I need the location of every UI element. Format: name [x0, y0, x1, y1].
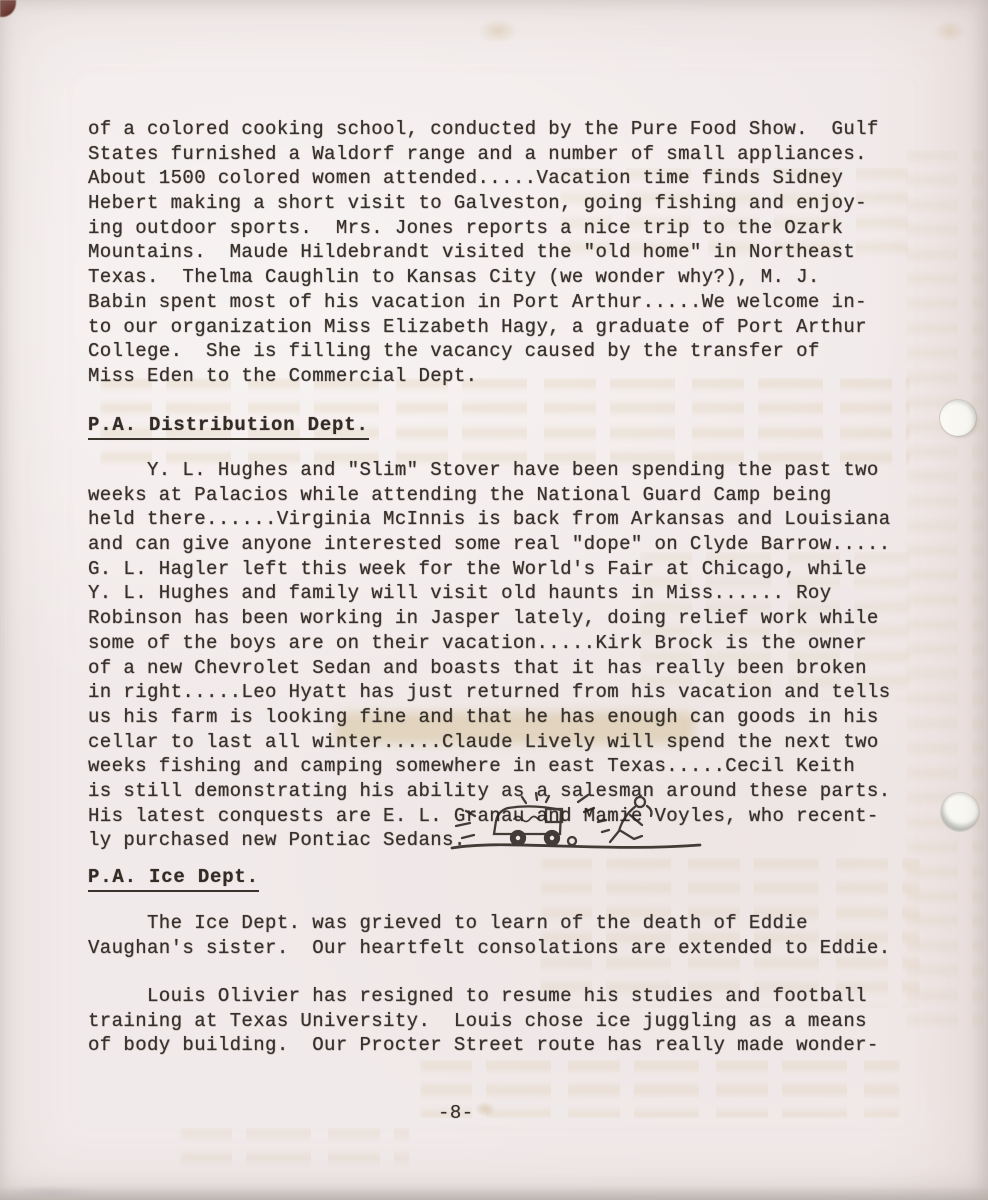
text-line: Y. L. Hughes and family will visit old h… — [88, 581, 928, 606]
text-line: Babin spent most of his vacation in Port… — [88, 290, 928, 315]
text-line: Robinson has been working in Jasper late… — [88, 606, 928, 631]
car-doodle-illustration — [448, 788, 704, 860]
text-line: The Ice Dept. was grieved to learn of th… — [88, 911, 928, 936]
text-line: Vaughan's sister. Our heartfelt consolat… — [88, 936, 928, 961]
text-line: weeks at Palacios while attending the Na… — [88, 483, 928, 508]
text-line: held there......Virginia McInnis is back… — [88, 507, 928, 532]
text-line: training at Texas University. Louis chos… — [88, 1009, 928, 1034]
text-line: of a new Chevrolet Sedan and boasts that… — [88, 656, 928, 681]
text-line: About 1500 colored women attended.....Va… — [88, 166, 928, 191]
text-line: States furnished a Waldorf range and a n… — [88, 142, 928, 167]
text-line: Mountains. Maude Hildebrandt visited the… — [88, 240, 928, 265]
text-line: some of the boys are on their vacation..… — [88, 631, 928, 656]
text-line: and can give anyone interested some real… — [88, 532, 928, 557]
text-line: weeks fishing and camping somewhere in e… — [88, 754, 928, 779]
text-line: in right.....Leo Hyatt has just returned… — [88, 680, 928, 705]
section-heading-distribution: P.A. Distribution Dept. — [88, 414, 369, 440]
text-column: of a colored cooking school, conducted b… — [0, 0, 988, 1200]
scanned-page: of a colored cooking school, conducted b… — [0, 0, 988, 1200]
text-line: of a colored cooking school, conducted b… — [88, 117, 928, 142]
text-line: to our organization Miss Elizabeth Hagy,… — [88, 315, 928, 340]
ice-paragraph-2: Louis Olivier has resigned to resume his… — [88, 984, 928, 1058]
text-line: ing outdoor sports. Mrs. Jones reports a… — [88, 216, 928, 241]
text-line: of body building. Our Procter Street rou… — [88, 1033, 928, 1058]
text-line: Louis Olivier has resigned to resume his… — [88, 984, 928, 1009]
section-heading-ice: P.A. Ice Dept. — [88, 866, 259, 892]
text-line: us his farm is looking fine and that he … — [88, 705, 928, 730]
text-line: G. L. Hagler left this week for the Worl… — [88, 557, 928, 582]
intro-paragraph: of a colored cooking school, conducted b… — [88, 117, 928, 389]
text-line: Miss Eden to the Commercial Dept. — [88, 364, 928, 389]
text-line: Hebert making a short visit to Galveston… — [88, 191, 928, 216]
ice-paragraph-1: The Ice Dept. was grieved to learn of th… — [88, 911, 928, 960]
text-line: cellar to last all winter.....Claude Liv… — [88, 730, 928, 755]
page-number: -8- — [438, 1102, 474, 1124]
text-line: Texas. Thelma Caughlin to Kansas City (w… — [88, 265, 928, 290]
text-line: Y. L. Hughes and "Slim" Stover have been… — [88, 458, 928, 483]
text-line: College. She is filling the vacancy caus… — [88, 339, 928, 364]
